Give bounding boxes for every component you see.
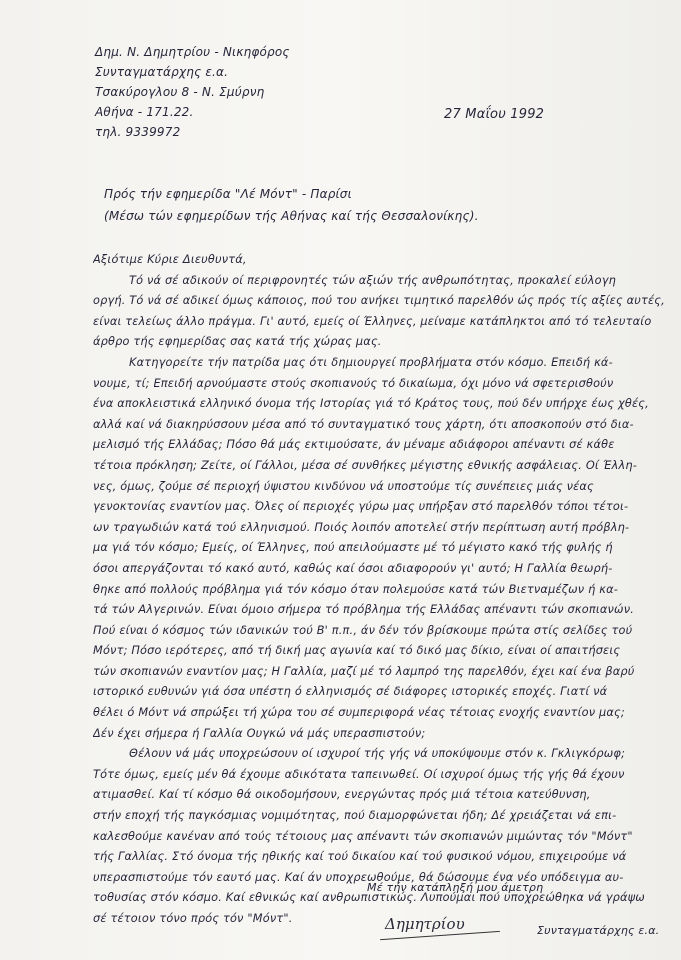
- body-line: άρθρο τής εφημερίδας σας κατά τής χώρας …: [93, 332, 678, 353]
- body-line: όσοι απεργάζονται τό κακό αυτό, καθώς κα…: [93, 559, 678, 580]
- body-line: αλλά καί νά διακηρύσσουν μέσα από τό συν…: [93, 415, 678, 436]
- body-line: Δέν έχει σήμερα ή Γαλλία Ουγκώ νά μάς υπ…: [93, 724, 678, 745]
- letter-date: 27 Μαΐου 1992: [444, 107, 544, 122]
- body-line: Μόντ; Πόσο ιερότερες, από τή δική μας αγ…: [93, 641, 678, 662]
- letter-page: Δημ. Ν. Δημητρίου - Νικηφόρος Συνταγματά…: [0, 0, 681, 960]
- body-line: Τότε όμως, εμείς μέν θά έχουμε αδικότατα…: [93, 765, 678, 786]
- body-line: θέλει ό Μόντ νά σπρώξει τή χώρα του σέ σ…: [93, 703, 678, 724]
- body-line: τών σκοπιανών εναντίον μας; Η Γαλλία, μα…: [93, 662, 678, 683]
- sender-address: Τσακύρογλου 8 - Ν. Σμύρνη: [95, 82, 290, 102]
- sender-block: Δημ. Ν. Δημητρίου - Νικηφόρος Συνταγματά…: [95, 42, 290, 142]
- body-line: στήν εποχή τής παγκόσμιας νομιμότητας, π…: [93, 806, 678, 827]
- recipient-block: Πρός τήν εφημερίδα "Λέ Μόντ" - Παρίσι (Μ…: [104, 183, 479, 227]
- letter-body: Αξιότιμε Κύριε Διευθυντά, Τό νά σέ αδικο…: [93, 250, 678, 930]
- body-line: καλεσθούμε κανέναν από τούς τέτοιους μας…: [93, 827, 678, 848]
- body-line: γενοκτονίας εναντίον μας. Όλες οί περιοχ…: [93, 497, 678, 518]
- body-line: Θέλουν νά μάς υποχρεώσουν οί ισχυροί τής…: [93, 744, 678, 765]
- body-line: τέτοια πρόκληση; Ζείτε, οί Γάλλοι, μέσα …: [93, 456, 678, 477]
- recipient-line-2: (Μέσω τών εφημερίδων τής Αθήνας καί τής …: [104, 205, 479, 227]
- salutation: Αξιότιμε Κύριε Διευθυντά,: [93, 250, 678, 271]
- body-line: είναι τελείως άλλο πράγμα. Γι' αυτό, εμε…: [93, 312, 678, 333]
- body-line: νουμε, τί; Επειδή αρνούμαστε στούς σκοπι…: [93, 374, 678, 395]
- body-line: μα γιά τόν κόσμο; Εμείς, οί Έλληνες, πού…: [93, 538, 678, 559]
- sender-name: Δημ. Ν. Δημητρίου - Νικηφόρος: [95, 42, 290, 62]
- body-line: θηκε από πολλούς πρόβλημα γιά τόν κόσμο …: [93, 580, 678, 601]
- body-line: μελισμό τής Ελλάδας; Πόσο θά μάς εκτιμού…: [93, 435, 678, 456]
- signature: Δημητρίου: [385, 915, 465, 933]
- body-line: ένα αποκλειστικά ελληνικό όνομα τής Ιστο…: [93, 394, 678, 415]
- sender-phone: τηλ. 9339972: [95, 122, 290, 142]
- body-line: ατιμασθεί. Καί τί κόσμο θά οικοδομήσουν,…: [93, 785, 678, 806]
- body-line: ων τραγωδιών κατά τού ελληνισμού. Ποιός …: [93, 518, 678, 539]
- signature-rank: Συνταγματάρχης ε.α.: [537, 924, 659, 937]
- body-line: Κατηγορείτε τήν πατρίδα μας ότι δημιουργ…: [93, 353, 678, 374]
- body-line: ιστορικό ευθυνών γιά όσα υπέστη ό ελληνι…: [93, 682, 678, 703]
- body-line: τά τών Αλγερινών. Είναι όμοιο σήμερα τό …: [93, 600, 678, 621]
- body-line: Πού είναι ό κόσμος τών ιδανικών τού Β' π…: [93, 621, 678, 642]
- body-line: Τό νά σέ αδικούν οί περιφρονητές τών αξι…: [93, 271, 678, 292]
- sender-city: Αθήνα - 171.22.: [95, 102, 290, 122]
- body-line: τής Γαλλίας. Στό όνομα τής ηθικής καί το…: [93, 847, 678, 868]
- body-line: οργή. Τό νά σέ αδικεί όμως κάποιος, πού …: [93, 291, 678, 312]
- sender-rank: Συνταγματάρχης ε.α.: [95, 62, 290, 82]
- closing-phrase: Μέ τήν κατάπληξή μου άμετρη: [367, 881, 543, 894]
- body-line: νες, όμως, ζούμε σέ περιοχή ύψιστου κινδ…: [93, 477, 678, 498]
- recipient-line-1: Πρός τήν εφημερίδα "Λέ Μόντ" - Παρίσι: [104, 183, 479, 205]
